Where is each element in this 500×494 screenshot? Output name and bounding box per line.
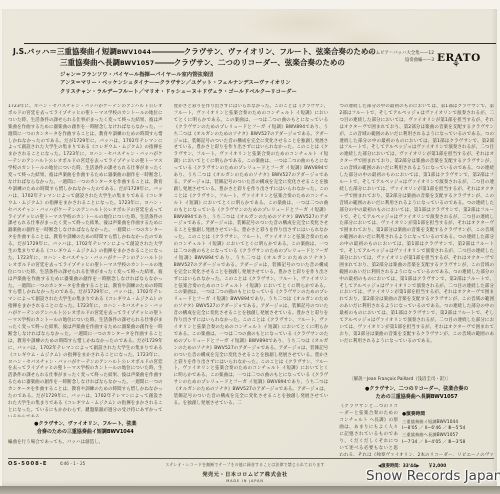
timings-work-2: 三重協奏曲ヘ長調BWV1057 xyxy=(402,432,494,439)
timings-heading: ●演奏時間 xyxy=(402,412,494,419)
footer-rule xyxy=(8,458,494,459)
work-2-section: ●演奏時間 三重協奏曲イ短調BWV1044 Ⅰ—8'05 ／ Ⅱ—6'46 ／ … xyxy=(339,404,494,456)
column-2-text: 豊かさと彩りを作り出さずにはいられなかった。このことは《クラヴサン、フルート、ヴ… xyxy=(174,104,329,456)
record-back-cover-photo: J.S.バッハ＝三重協奏曲イ短調BWV1044—————クラヴサン、ヴァイオリン… xyxy=(0,0,500,494)
title1-bwv: BWV1044 xyxy=(117,49,151,56)
credit-harpsichord-violin: アンヌ＝マリー・ベッケンシュタイナー—クラヴサン／ユゲット・フェルナンデス—ヴァ… xyxy=(60,79,297,87)
series-line-1: コロムビア＝バッハ大全集——12 xyxy=(310,51,434,58)
liner-notes-column-2: 豊かさと彩りを作り出さずにはいられなかった。このことは《クラヴサン、フルート、ヴ… xyxy=(174,104,329,456)
catalog-number: OS-5008-E xyxy=(8,461,47,467)
column-3-text: つの連続した部分の中の最初のものにおいては、第1部はクラヴサンで、第2部はフルー… xyxy=(339,104,494,372)
title1-main: J.S.バッハ＝三重協奏曲イ短調 xyxy=(13,47,117,56)
header-rule xyxy=(24,43,496,44)
annotator-credit: 〔解説＝Jean François Paillard（浅沼圭司・訳）〕 xyxy=(349,376,494,382)
title2-bwv: BWV1057 xyxy=(120,60,154,67)
liner-notes-column-3: つの連続した部分の中の最初のものにおいては、第1部はクラヴサンで、第2部はフルー… xyxy=(339,104,494,456)
album-title-line-2: 三重協奏曲ヘ長調BWV1057———クラヴサン、二つのリコーダー、弦楽合奏のため… xyxy=(60,57,345,68)
credit-conductor: ジャン＝フランソワ・パイヤール指揮—パイヤール室内管弦楽団 xyxy=(60,71,297,79)
erato-logo: ERATO ⚘ xyxy=(437,46,475,76)
column-1-text: 1723年に、ヨハン・セバスチャン・バッハがケーテンのアンハルト公レオポルドの宮… xyxy=(8,104,163,417)
publisher-name: 発売元・日本コロムビア株式会社 xyxy=(110,471,380,478)
series-line-2: 協奏曲編——3 xyxy=(310,58,434,65)
footer-left: OS-5008-E ©46・1・25 xyxy=(8,461,85,467)
made-in-japan: MADE IN JAPAN xyxy=(110,479,380,483)
performer-credits: ジャン＝フランソワ・パイヤール指揮—パイヤール室内管弦楽団 アンヌ＝マリー・ベッ… xyxy=(60,71,297,96)
copyright-date: ©46・1・25 xyxy=(59,461,85,467)
timings-work-1: 三重協奏曲イ短調BWV1044 xyxy=(402,419,494,426)
column-1-tail-line: 編曲を行う場合であっても、バッハは創造し、 xyxy=(8,440,163,447)
series-caption: コロムビア＝バッハ大全集——12 協奏曲編——3 xyxy=(310,51,434,65)
seller-watermark: Snow Records Japan xyxy=(366,468,500,484)
liner-notes-column-1: 1723年に、ヨハン・セバスチャン・バッハがケーテンのアンハルト公レオポルドの宮… xyxy=(8,104,163,456)
title2-main: 三重協奏曲ヘ長調 xyxy=(60,58,120,67)
legal-notice: ステレオ・レコードを無断でテープその他に録音することは法律で禁じられております xyxy=(110,462,380,468)
work-1-heading: ●クラヴサン、ヴァイオリン、フルート、弦楽 合奏のための三重協奏曲イ短調BWV1… xyxy=(8,421,163,436)
background-shadow-strip xyxy=(0,486,500,494)
credit-flute-recorders: クリスチャン・ラルデ—フルート／マリオ・ドゥシューヌ＋ドヴェラ・ゴールドベルク—… xyxy=(60,88,297,96)
liner-notes: 1723年に、ヨハン・セバスチャン・バッハがケーテンのアンハルト公レオポルドの宮… xyxy=(8,104,494,456)
title1-dash: ————— xyxy=(151,47,184,56)
work-2-heading: ●クラヴサン、二つのリコーダー、弦楽合奏の ための三重協奏曲ヘ長調BWV1057 xyxy=(339,386,494,401)
timings-box: ●演奏時間 三重協奏曲イ短調BWV1044 Ⅰ—8'05 ／ Ⅱ—6'46 ／ … xyxy=(402,412,494,445)
footer-center: ステレオ・レコードを無断でテープその他に録音することは法律で禁じられております … xyxy=(110,462,380,483)
timings-work-2-movements: Ⅰ—7'34 ／ Ⅱ—4'05 ／ Ⅲ—3'58 xyxy=(402,439,494,446)
title2-dash: ——— xyxy=(154,58,174,67)
timings-work-1-movements: Ⅰ—8'05 ／ Ⅱ—6'46 ／ Ⅲ—5'54 xyxy=(402,425,494,432)
